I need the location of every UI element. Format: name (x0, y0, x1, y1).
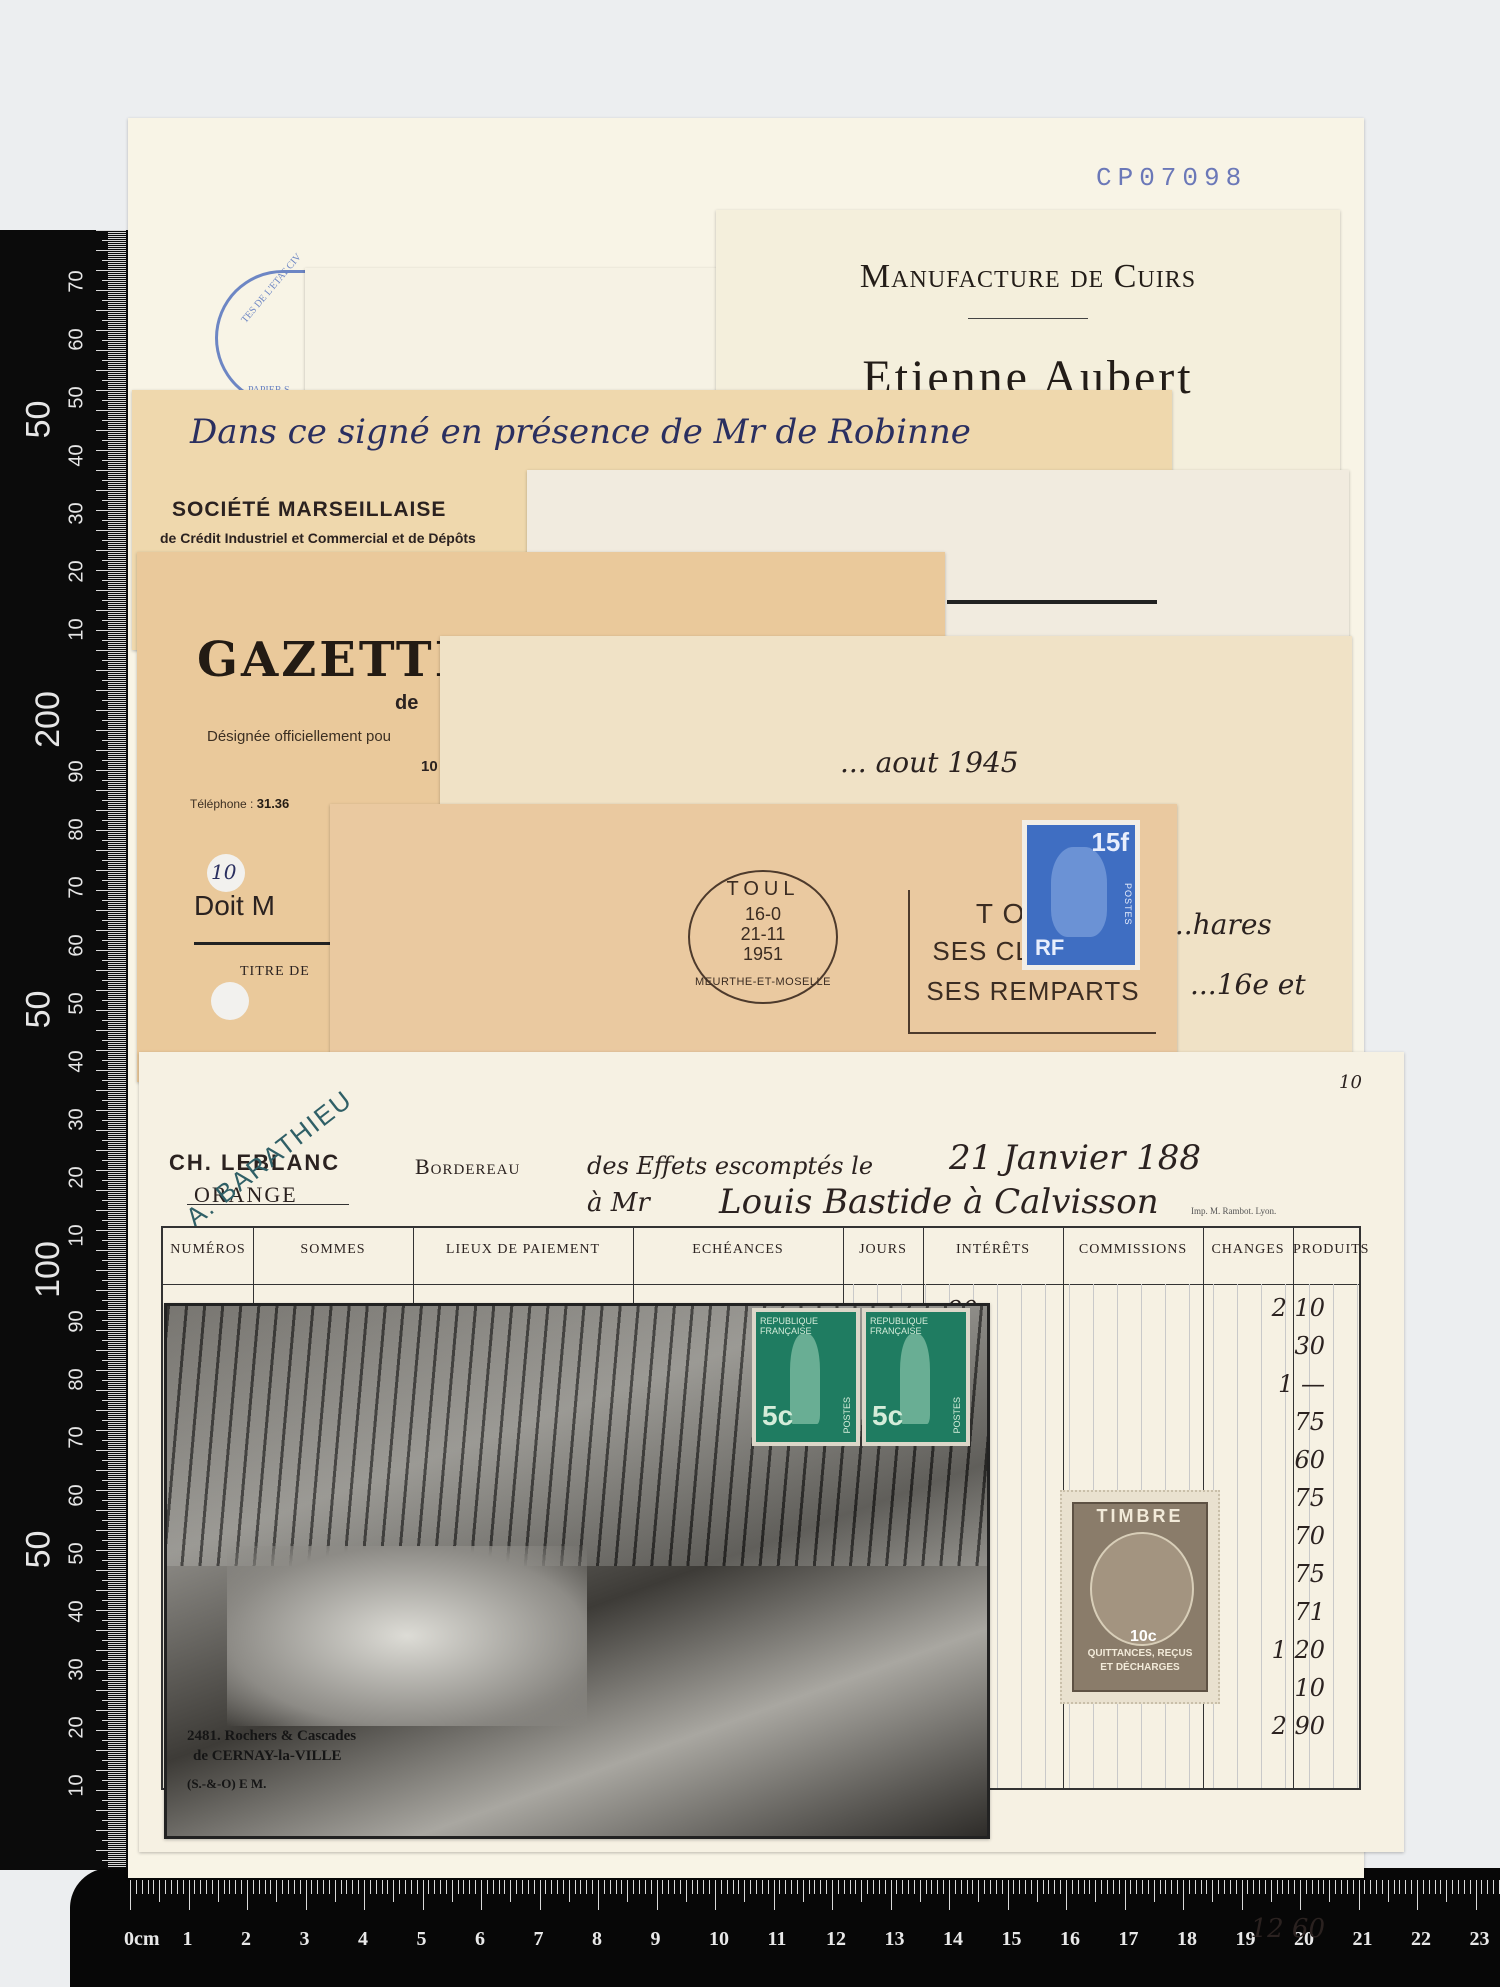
ruler-tick (102, 1620, 126, 1621)
ruler-tick (108, 694, 126, 695)
ruler-tick (750, 1880, 751, 1894)
ruler-label: 12 (826, 1928, 846, 1951)
ruler-tick (108, 1362, 126, 1363)
ruler-label: 3 (300, 1928, 310, 1951)
bordereau-script: des Effets escomptés le (587, 1152, 873, 1180)
ruler-tick (1277, 1880, 1278, 1894)
ruler-tick (692, 1880, 693, 1894)
postmark-time: 16-0 (690, 904, 836, 924)
ruler-tick (108, 1354, 126, 1355)
ruler-tick (428, 1880, 429, 1894)
ruler-tick (108, 886, 126, 887)
ruler-tick (896, 1880, 897, 1894)
ruler-tick (108, 334, 126, 335)
ruler-tick (108, 784, 126, 785)
ruler-label: 40 (66, 1050, 89, 1072)
ruler-tick (108, 1262, 126, 1263)
ruler-tick (108, 1238, 126, 1239)
ruler-tick (768, 1880, 769, 1894)
ruler-tick (108, 1168, 126, 1169)
ruler-tick (108, 462, 126, 463)
ruler-label: 22 (1411, 1928, 1431, 1951)
ruler-tick (984, 1880, 985, 1894)
ruler-tick (108, 1092, 126, 1093)
ruler-tick (108, 984, 126, 985)
ruler-tick (136, 1880, 137, 1894)
ruler-tick (493, 1880, 494, 1894)
ruler-tick (108, 1598, 126, 1599)
ruler-tick (108, 1132, 126, 1133)
ruler-tick (108, 956, 126, 957)
ruler-label: 8 (592, 1928, 602, 1951)
ruler-tick (108, 682, 126, 683)
slogan-line: SES REMPARTS (910, 976, 1156, 1007)
ruler-tick (1394, 1880, 1395, 1894)
ruler-tick (102, 620, 126, 621)
ruler-tick (108, 1794, 126, 1795)
ruler-tick (1031, 1880, 1032, 1894)
ruler-tick (102, 960, 126, 961)
ruler-tick (1107, 1880, 1108, 1894)
ruler-tick (809, 1880, 810, 1894)
ruler-tick (937, 1880, 938, 1894)
ruler-tick (96, 430, 126, 431)
ruler-tick (108, 1792, 126, 1793)
ruler-tick (108, 1462, 126, 1463)
ruler-tick (108, 1572, 126, 1573)
ruler-tick (108, 346, 126, 347)
ruler-tick (102, 640, 126, 641)
ruler-tick (108, 1298, 126, 1299)
recipient: Louis Bastide à Calvisson (719, 1182, 1159, 1222)
ruler-tick (1347, 1880, 1348, 1894)
ruler-tick (108, 416, 126, 417)
ruler-tick (108, 1574, 126, 1575)
ruler-tick (108, 1522, 126, 1523)
ruler-tick (102, 1100, 126, 1101)
ruler-tick (96, 1350, 126, 1351)
ruler-tick (102, 980, 126, 981)
ruler-tick (96, 410, 126, 411)
ruler-label: 11 (768, 1928, 787, 1951)
ruler-tick (108, 1364, 126, 1365)
ruler-tick (108, 792, 126, 793)
ruler-tick (108, 1148, 126, 1149)
ruler-tick (108, 1244, 126, 1245)
ruler-label: 20 (66, 560, 89, 582)
ruler-tick (96, 310, 126, 311)
ruler-tick (102, 920, 126, 921)
bordereau-date: 21 Janvier 188 (949, 1138, 1201, 1178)
ruler-tick (108, 1708, 126, 1709)
ruler-tick (108, 1452, 126, 1453)
ruler-label: 50 (19, 991, 58, 1029)
ruler-tick (108, 1656, 126, 1657)
ruler-tick (108, 742, 126, 743)
ruler-tick (102, 1460, 126, 1461)
ruler-tick (108, 966, 126, 967)
ruler-tick (744, 1880, 745, 1902)
ruler-tick (108, 1412, 126, 1413)
ruler-tick (108, 1456, 126, 1457)
ruler-tick (108, 1446, 126, 1447)
ruler-tick (108, 1002, 126, 1003)
ruler-tick (96, 270, 126, 271)
semeuse-stamp: REPUBLIQUE FRANÇAISE 5c POSTES (862, 1308, 970, 1446)
ruler-tick (891, 1880, 892, 1910)
ruler-tick (96, 1650, 126, 1651)
ruler-tick (108, 1114, 126, 1115)
ruler-tick (1271, 1880, 1272, 1902)
ruler-tick (955, 1880, 956, 1894)
gazette-designation: Désignée officiellement pou (207, 728, 391, 745)
ruler-tick (920, 1880, 921, 1902)
ruler-tick (108, 1076, 126, 1077)
ruler-tick (1458, 1880, 1459, 1894)
ruler-tick (108, 588, 126, 589)
ruler-label: 50 (19, 1531, 58, 1569)
ruler-tick (108, 1366, 126, 1367)
ruler-tick (108, 1224, 126, 1225)
ruler-tick (108, 626, 126, 627)
ruler-tick (323, 1880, 324, 1894)
ruler-tick (102, 940, 126, 941)
ruler-tick (411, 1880, 412, 1894)
ruler-tick (108, 1638, 126, 1639)
ruler-tick (108, 928, 126, 929)
ruler-tick (96, 250, 126, 251)
ruler-tick (108, 312, 126, 313)
ruler-tick (108, 1652, 126, 1653)
ruler-tick (102, 1760, 126, 1761)
ruler-tick (108, 384, 126, 385)
ruler-tick (270, 1880, 271, 1894)
ruler-tick (96, 950, 126, 951)
ruler-tick (108, 1344, 126, 1345)
ruler-tick (108, 1624, 126, 1625)
ruler-tick (96, 830, 126, 831)
ruler-tick (96, 870, 126, 871)
ruler-tick (108, 978, 126, 979)
ruler-tick (108, 492, 126, 493)
ruler-tick (108, 1086, 126, 1087)
ruler-tick (108, 278, 126, 279)
ruler-tick (108, 614, 126, 615)
ruler-tick (108, 1476, 126, 1477)
ruler-tick (108, 1578, 126, 1579)
ruler-tick (108, 958, 126, 959)
ruler-tick (108, 1622, 126, 1623)
ruler-tick (108, 1192, 126, 1193)
ruler-tick (108, 712, 126, 713)
ruler-tick (108, 746, 126, 747)
ruler-tick (102, 280, 126, 281)
ruler-tick (108, 1756, 126, 1757)
ruler-tick (96, 930, 126, 931)
ruler-tick (108, 776, 126, 777)
ruler-tick (1388, 1880, 1389, 1902)
ruler-tick (108, 934, 126, 935)
ruler-tick (96, 1110, 126, 1111)
ruler-tick (108, 1222, 126, 1223)
ruler-tick (96, 1250, 126, 1251)
ruler-tick (592, 1880, 593, 1894)
ruler-tick (1294, 1880, 1295, 1894)
ruler-tick (108, 1544, 126, 1545)
ruler-tick (108, 1228, 126, 1229)
ruler-tick (1130, 1880, 1131, 1894)
ruler-tick (108, 1536, 126, 1537)
bordereau-heading: Bordereau (415, 1154, 520, 1180)
ruler-tick (108, 1738, 126, 1739)
ruler-tick (1148, 1880, 1149, 1894)
ruler-tick (108, 348, 126, 349)
ruler-tick (108, 1466, 126, 1467)
ruler-tick (108, 1614, 126, 1615)
ruler-tick (1218, 1880, 1219, 1894)
ruler-tick (108, 362, 126, 363)
ruler-tick (709, 1880, 710, 1894)
ruler-tick (102, 360, 126, 361)
ruler-tick (1429, 1880, 1430, 1894)
ruler-tick (108, 1558, 126, 1559)
ruler-tick (108, 562, 126, 563)
ruler-tick (108, 768, 126, 769)
ruler-tick (102, 840, 126, 841)
ruler-tick (96, 510, 126, 511)
ruler-tick (108, 994, 126, 995)
grid-line (1045, 1284, 1046, 1788)
ruler-label: 5 (417, 1928, 427, 1951)
ruler-tick (108, 538, 126, 539)
ruler-tick (475, 1880, 476, 1894)
ruler-tick (108, 1672, 126, 1673)
ruler-tick (108, 1056, 126, 1057)
ruler-tick (108, 842, 126, 843)
ruler-tick (961, 1880, 962, 1894)
ruler-tick (108, 1388, 126, 1389)
ruler-tick (102, 1200, 126, 1201)
envelope-fragment: TOUL 16-0 21-11 1951 MEURTHE-ET-MOSELLE … (330, 804, 1177, 1072)
ruler-tick (1060, 1880, 1061, 1894)
ruler-tick (108, 1716, 126, 1717)
ruler-tick (108, 458, 126, 459)
ruler-tick (108, 766, 126, 767)
ruler-tick (108, 1032, 126, 1033)
ruler-tick (108, 1806, 126, 1807)
ruler-tick (1177, 1880, 1178, 1894)
ruler-tick (108, 1602, 126, 1603)
ruler-tick (108, 438, 126, 439)
ruler-tick (96, 890, 126, 891)
ruler-tick (102, 660, 126, 661)
produit-value: 2 10 (1272, 1294, 1325, 1322)
ruler-tick (96, 1190, 126, 1191)
ruler-tick (108, 838, 126, 839)
ruler-tick (218, 1880, 219, 1902)
ruler-tick (108, 1746, 126, 1747)
ruler-tick (108, 1408, 126, 1409)
ruler-tick (108, 434, 126, 435)
ruler-tick (108, 756, 126, 757)
ruler-tick (102, 1820, 126, 1821)
ruler-tick (108, 1064, 126, 1065)
ruler-label: 10 (66, 1224, 89, 1246)
ruler-tick (346, 1880, 347, 1894)
ruler-tick (1323, 1880, 1324, 1894)
ruler-tick (1306, 1880, 1307, 1894)
ruler-tick (108, 1088, 126, 1089)
ruler-tick (108, 502, 126, 503)
ruler-tick (108, 1314, 126, 1315)
ruler-tick (108, 1308, 126, 1309)
ruler-tick (108, 1838, 126, 1839)
ruler-tick (102, 1720, 126, 1721)
ruler-tick (96, 1710, 126, 1711)
ruler-tick (148, 1880, 149, 1894)
ruler-tick (1470, 1880, 1471, 1894)
ruler-tick (108, 248, 126, 249)
ruler-tick (294, 1880, 295, 1894)
ruler-tick (633, 1880, 634, 1894)
ruler-tick (108, 888, 126, 889)
ruler-tick (102, 1040, 126, 1041)
ruler-tick (528, 1880, 529, 1894)
ruler-tick (108, 558, 126, 559)
ruler-tick (108, 516, 126, 517)
ruler-tick (108, 1142, 126, 1143)
ruler-tick (1084, 1880, 1085, 1894)
ruler-tick (102, 1380, 126, 1381)
ruler-tick (108, 622, 126, 623)
ruler-tick (108, 286, 126, 287)
ruler-tick (108, 1814, 126, 1815)
ruler-tick (96, 1390, 126, 1391)
ruler-tick (96, 1610, 126, 1611)
ruler-tick (108, 1126, 126, 1127)
ruler-tick (102, 260, 126, 261)
ruler-tick (1376, 1880, 1377, 1894)
ruler-tick (1189, 1880, 1190, 1894)
ruler-tick (774, 1880, 775, 1910)
ruler-tick (108, 612, 126, 613)
ruler-tick (108, 304, 126, 305)
ruler-tick (108, 568, 126, 569)
ruler-tick (108, 1404, 126, 1405)
ruler-tick (102, 1780, 126, 1781)
ruler-tick (108, 376, 126, 377)
ruler-tick (108, 744, 126, 745)
ruler-tick (108, 1542, 126, 1543)
ruler-tick (1002, 1880, 1003, 1894)
revenue-title: TIMBRE (1074, 1506, 1206, 1527)
column-header: INTÉRÊTS (923, 1242, 1063, 1258)
ruler-tick (108, 806, 126, 807)
ruler-tick (108, 556, 126, 557)
ruler-tick (142, 1880, 143, 1894)
ruler-tick (108, 1346, 126, 1347)
ruler-label: 80 (66, 1368, 89, 1390)
stamp-country: RF (1035, 935, 1064, 961)
ruler-tick (102, 1480, 126, 1481)
ruler-tick (108, 594, 126, 595)
ruler-tick (108, 1786, 126, 1787)
column-header: SOMMES (253, 1242, 413, 1258)
ruler-tick (108, 1754, 126, 1755)
ruler-tick (1288, 1880, 1289, 1894)
ruler-label: 7 (534, 1928, 544, 1951)
ruler-label: 60 (66, 328, 89, 350)
ruler-tick (108, 1122, 126, 1123)
ruler-tick (108, 292, 126, 293)
ruler-tick (108, 404, 126, 405)
ruler-tick (108, 794, 126, 795)
ruler-tick (108, 1798, 126, 1799)
ruler-tick (108, 974, 126, 975)
ruler-tick (108, 686, 126, 687)
ruler-tick (102, 1860, 126, 1861)
ruler-tick (545, 1880, 546, 1894)
ruler-tick (108, 722, 126, 723)
ruler-tick (487, 1880, 488, 1894)
gazette-telephone: Téléphone : 31.36 (190, 796, 289, 811)
ruler-tick (108, 1146, 126, 1147)
ruler-tick (108, 1208, 126, 1209)
ruler-tick (108, 1586, 126, 1587)
ruler-tick (108, 1828, 126, 1829)
ruler-tick (108, 1204, 126, 1205)
produit-value: 2 90 (1272, 1712, 1325, 1740)
ruler-tick (306, 1880, 307, 1910)
ruler-tick (102, 1680, 126, 1681)
ruler-tick (102, 380, 126, 381)
ruler-tick (108, 444, 126, 445)
ruler-tick (108, 1008, 126, 1009)
ruler-tick (108, 1488, 126, 1489)
ruler-tick (108, 368, 126, 369)
ruler-tick (108, 1626, 126, 1627)
ruler-tick (108, 1144, 126, 1145)
ruler-tick (387, 1880, 388, 1894)
ruler-tick (1435, 1880, 1436, 1894)
ruler-tick (1113, 1880, 1114, 1894)
ruler-tick (108, 606, 126, 607)
ruler-tick (108, 678, 126, 679)
ruler-tick (102, 1440, 126, 1441)
ruler-tick (276, 1880, 277, 1902)
ruler-tick (96, 350, 126, 351)
ruler-tick (108, 754, 126, 755)
ruler-tick (108, 1274, 126, 1275)
ruler-tick (300, 1880, 301, 1894)
ruler-tick (1335, 1880, 1336, 1894)
ruler-tick (108, 446, 126, 447)
ruler-tick (108, 672, 126, 673)
ruler-tick (102, 900, 126, 901)
ruler-tick (108, 536, 126, 537)
ruler-tick (108, 1392, 126, 1393)
ruler-tick (645, 1880, 646, 1894)
ruler-tick (108, 1592, 126, 1593)
ruler-tick (108, 466, 126, 467)
ruler-tick (102, 1420, 126, 1421)
ruler-tick (1136, 1880, 1137, 1894)
ruler-tick (96, 1010, 126, 1011)
ruler-tick (102, 1260, 126, 1261)
ruler-tick (358, 1880, 359, 1894)
ruler-tick (108, 718, 126, 719)
ruler-tick (108, 452, 126, 453)
